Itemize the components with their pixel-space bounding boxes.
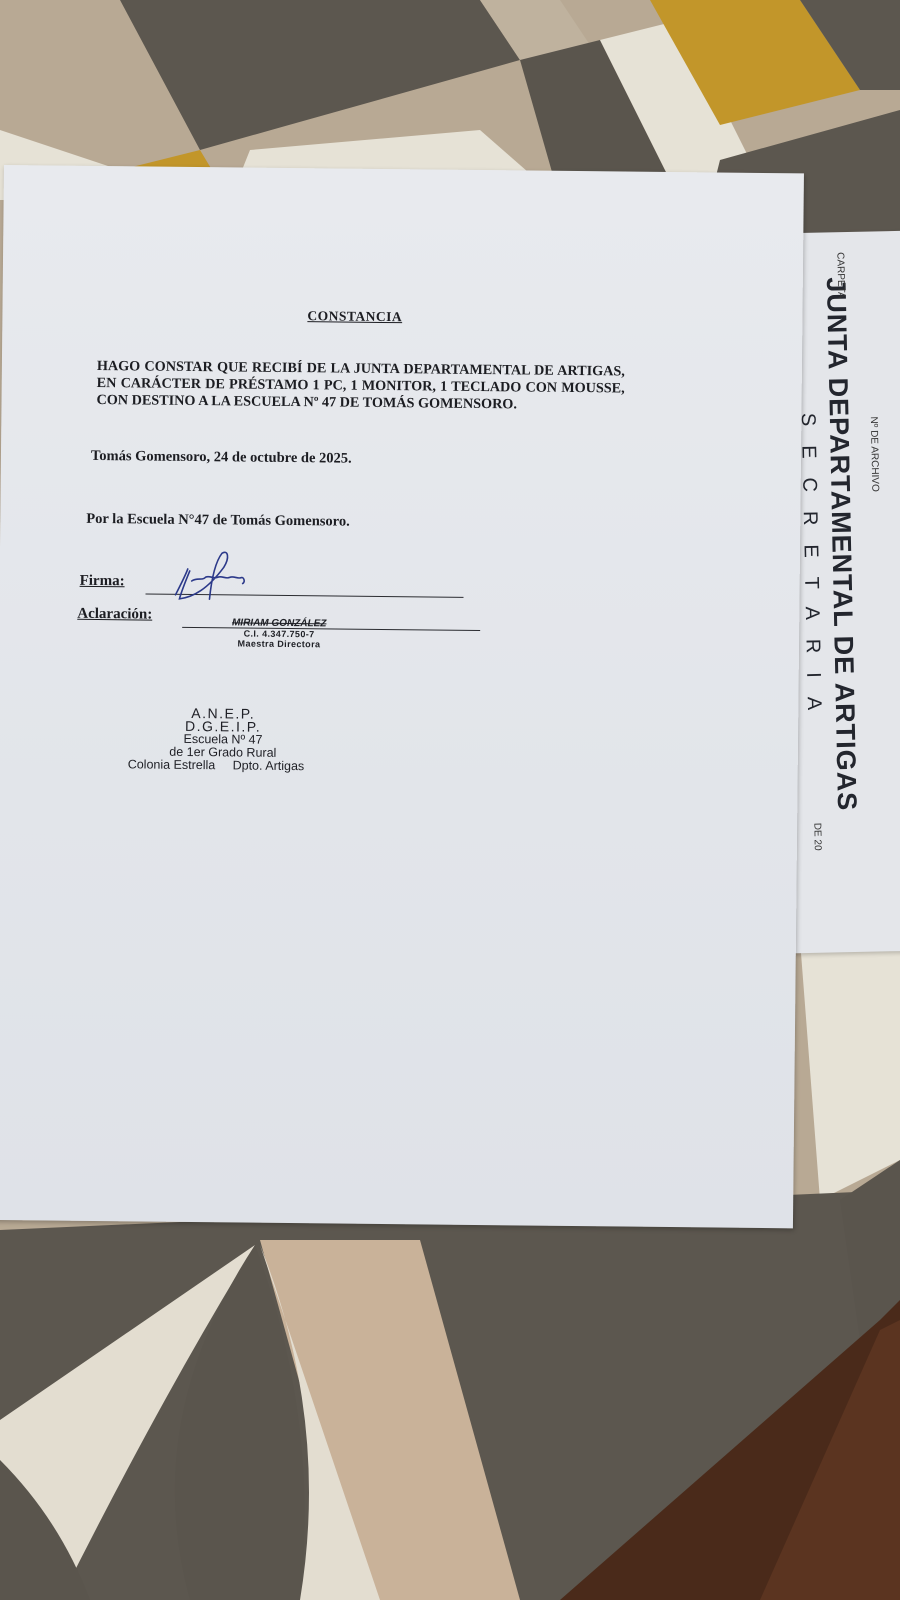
director-stamp: MIRIAM GONZÁLEZ C.I. 4.347.750-7 Maestra… (179, 617, 379, 650)
school-stamp-location: Colonia Estrella Dpto. Artigas (128, 758, 328, 773)
aclaracion-label: Aclaración: (77, 606, 152, 624)
handwritten-signature (167, 547, 258, 613)
constancia-document: CONSTANCIA HAGO CONSTAR QUE RECIBÍ DE LA… (0, 165, 804, 1228)
firma-label: Firma: (80, 573, 125, 590)
document-date: Tomás Gomensoro, 24 de octubre de 2025. (91, 448, 352, 468)
folder-archivo-label: Nº DE ARCHIVO (868, 416, 881, 492)
folder-title: JUNTA DEPARTAMENTAL DE ARTIGAS (820, 277, 862, 812)
document-on-behalf: Por la Escuela N°47 de Tomás Gomensoro. (86, 511, 350, 531)
document-body: HAGO CONSTAR QUE RECIBÍ DE LA JUNTA DEPA… (96, 358, 625, 415)
school-stamp: A.N.E.P. D.G.E.I.P. Escuela Nº 47 de 1er… (118, 706, 329, 773)
folder-year-label: DE 20 (811, 823, 823, 851)
stamp-role: Maestra Directora (179, 638, 379, 650)
folder-carpeta-label: CARPETA (834, 252, 846, 299)
document-title: CONSTANCIA (307, 308, 402, 325)
